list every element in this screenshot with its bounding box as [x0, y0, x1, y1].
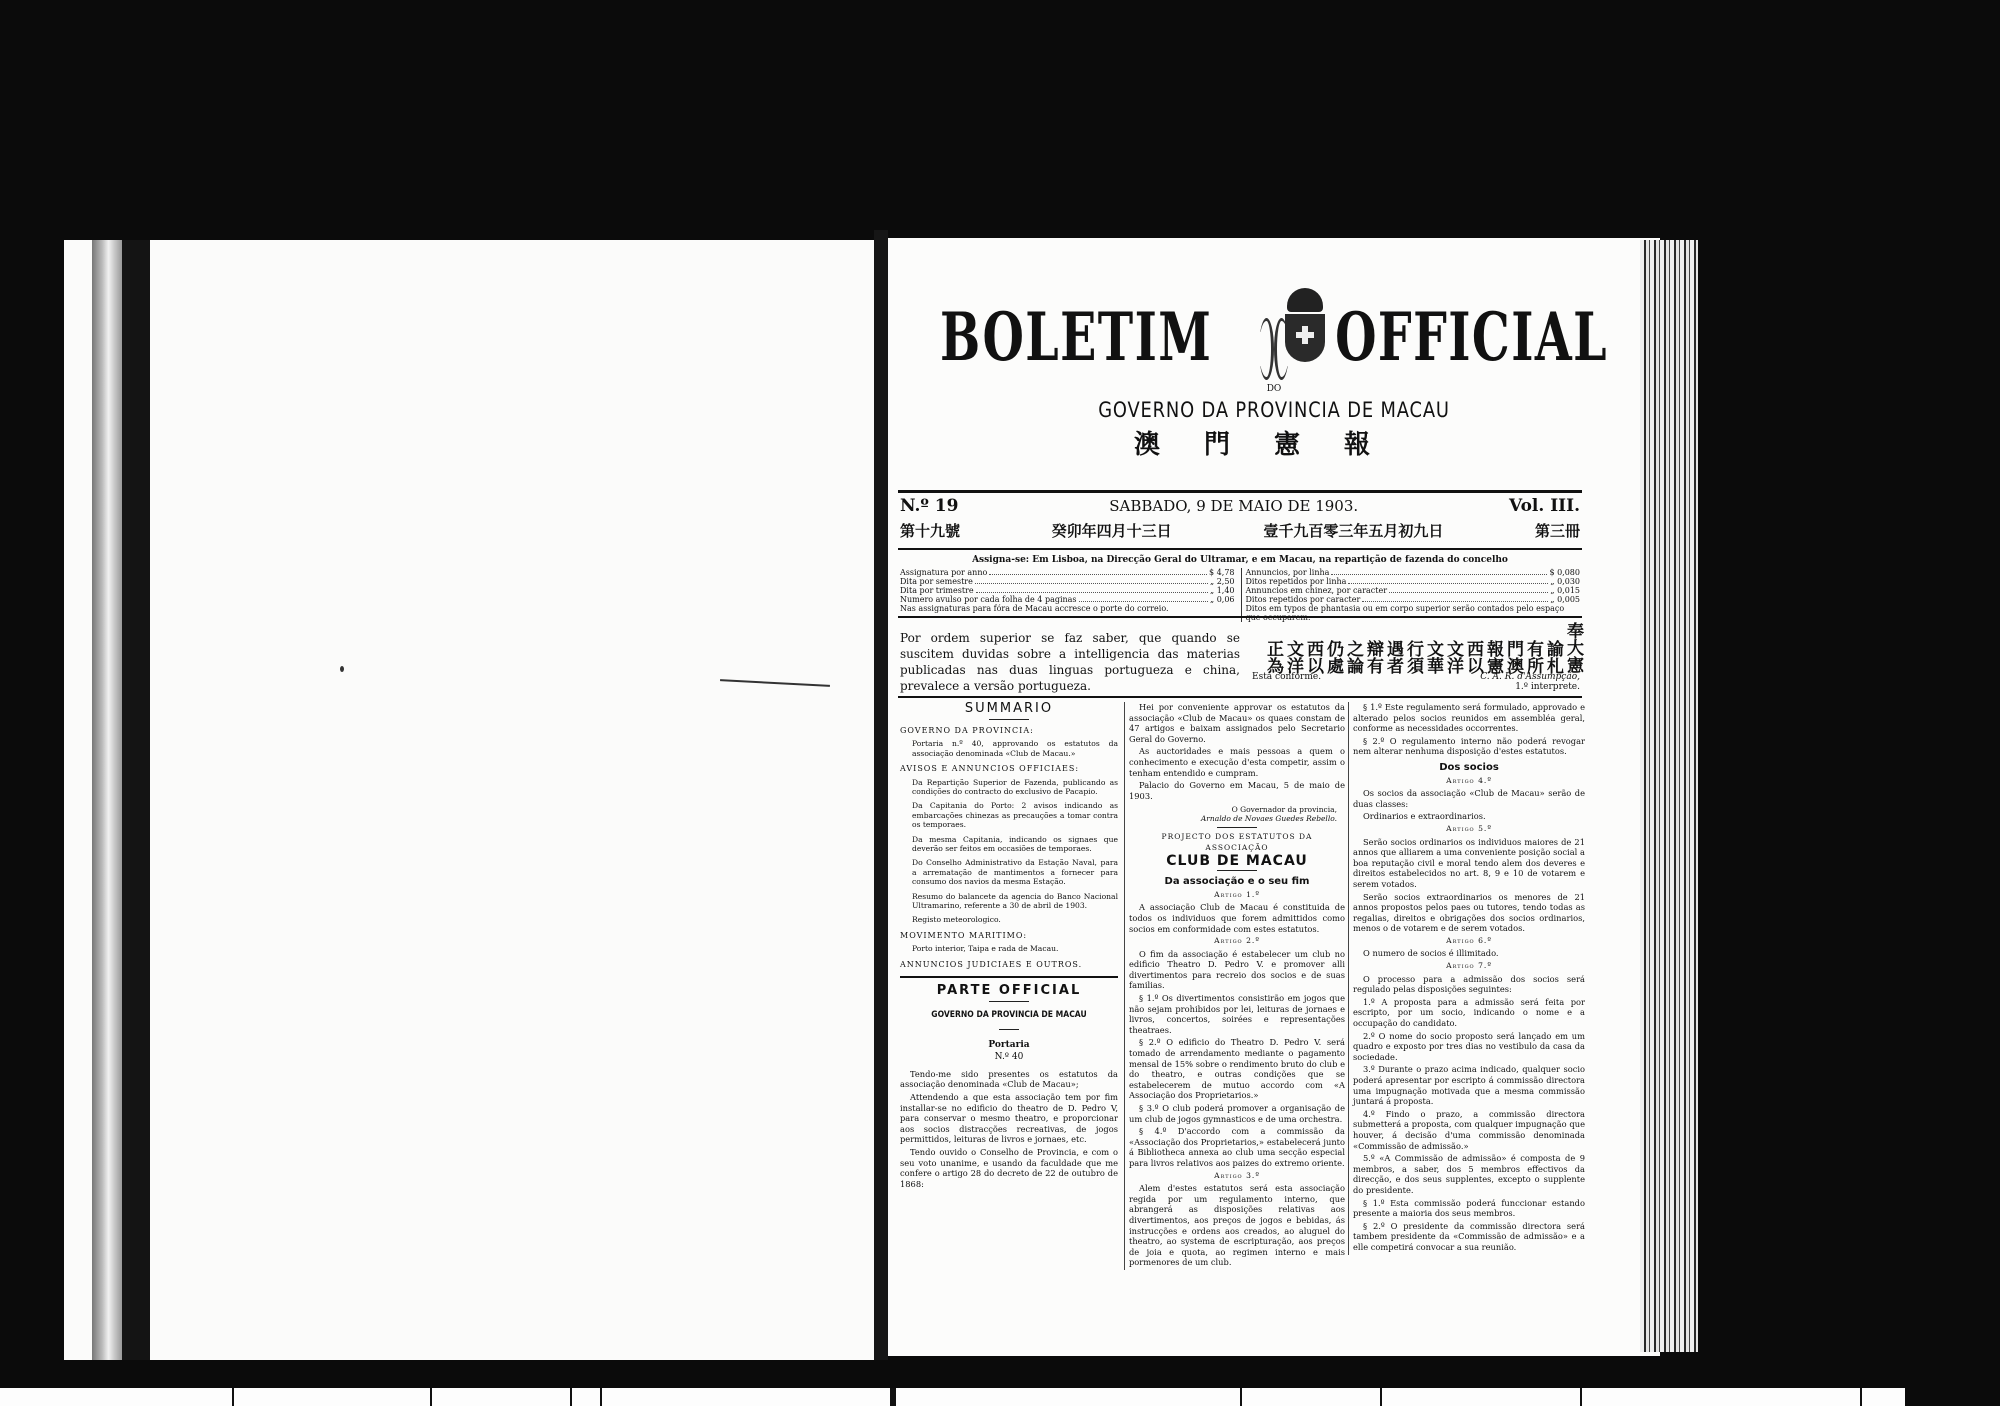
club-heading: CLUB DE MACAU: [1129, 856, 1345, 867]
summary-item: Da Repartição Superior de Fazenda, publi…: [900, 778, 1118, 797]
dateline: N.º 19 SABBADO, 9 DE MAIO DE 1903. Vol. …: [900, 496, 1580, 541]
masthead-rule: [898, 490, 1582, 493]
volume: Vol. III.: [1509, 496, 1580, 516]
interpreter-signature: C. A. R. d'Assumpção,: [1440, 672, 1580, 682]
language-notice: Por ordem superior se faz saber, que qua…: [900, 630, 1240, 694]
summary-item: Resumo do balancete da agencia do Banco …: [900, 892, 1118, 911]
esta-conforme: Está conforme.: [1252, 672, 1321, 682]
summary-heading: SUMMARIO: [900, 704, 1118, 715]
masthead: BOLETIM OFFICIAL DO GOVERNO DA PROVINCIA…: [888, 288, 1660, 461]
summary-item: Da mesma Capitania, indicando os signaes…: [900, 835, 1118, 854]
advertising-prices: Annuncios, por linha$ 0,080 Ditos repeti…: [1241, 568, 1581, 622]
cn-issue-number: 第十九號: [900, 520, 960, 541]
ink-spot: [340, 666, 344, 672]
summary-item: Da Capitania do Porto: 2 avisos indicand…: [900, 801, 1118, 829]
ruler-tick: [1240, 1388, 1242, 1406]
summary-item: Porto interior, Taipa e rada de Macau.: [900, 944, 1118, 953]
summary-item: Portaria n.º 40, approvando os estatutos…: [900, 739, 1118, 758]
bottom-ruler-strip: [0, 1388, 1905, 1406]
column-statutes-2: § 1.º Este regulamento será formulado, a…: [1348, 702, 1585, 1255]
summary-item: Registo meteorologico.: [900, 915, 1118, 924]
cn-lunar-date: 癸卯年四月十三日: [1052, 520, 1172, 541]
government-heading: GOVERNO DA PROVINCIA DE MACAU: [916, 1010, 1101, 1021]
issue-date: SABBADO, 9 DE MAIO DE 1903.: [1109, 497, 1358, 515]
book-gutter: [874, 230, 888, 1360]
chinese-title: 澳門憲報: [888, 424, 1660, 461]
ruler-tick: [600, 1388, 602, 1406]
left-binding-shadow: [122, 240, 150, 1360]
ruler-tick: [1380, 1388, 1382, 1406]
title-left: BOLETIM: [940, 304, 1212, 370]
column-statutes-1: Hei por conveniente approvar os estatuto…: [1124, 702, 1345, 1270]
bottom-shadow: [0, 1360, 2000, 1380]
interpreter-title: 1.º interprete.: [1440, 682, 1580, 692]
left-blank-page: [64, 240, 874, 1360]
ruler-tick: [890, 1388, 896, 1406]
ruler-tick: [1860, 1388, 1862, 1406]
summary-item: Do Conselho Administrativo da Estação Na…: [900, 858, 1118, 886]
ruler-tick: [1580, 1388, 1582, 1406]
subscription-heading: Assigna-se: Em Lisboa, na Direcção Geral…: [900, 556, 1580, 565]
left-page-edge: [92, 240, 122, 1360]
column-summary: SUMMARIO GOVERNO DA PROVINCIA: Portaria …: [900, 702, 1118, 1191]
subscription-box: Assigna-se: Em Lisboa, na Direcção Geral…: [900, 556, 1580, 622]
subscription-rule: [898, 616, 1582, 618]
dateline-rule: [898, 548, 1582, 550]
title-right: OFFICIAL: [1335, 304, 1608, 370]
cn-western-date: 壹千九百零三年五月初九日: [1263, 520, 1443, 541]
subscription-prices: Assignatura por anno$ 4,78 Dita por seme…: [900, 568, 1235, 622]
issue-number: N.º 19: [900, 496, 958, 516]
parte-official-heading: PARTE OFFICIAL: [900, 986, 1118, 997]
notice-rule: [898, 696, 1582, 698]
ruler-tick: [430, 1388, 432, 1406]
do-label: DO: [888, 384, 1660, 394]
ruler-tick: [232, 1388, 234, 1406]
ruler-tick: [570, 1388, 572, 1406]
government-name: GOVERNO DA PROVINCIA DE MACAU: [946, 398, 1602, 422]
cn-volume: 第三冊: [1535, 520, 1580, 541]
